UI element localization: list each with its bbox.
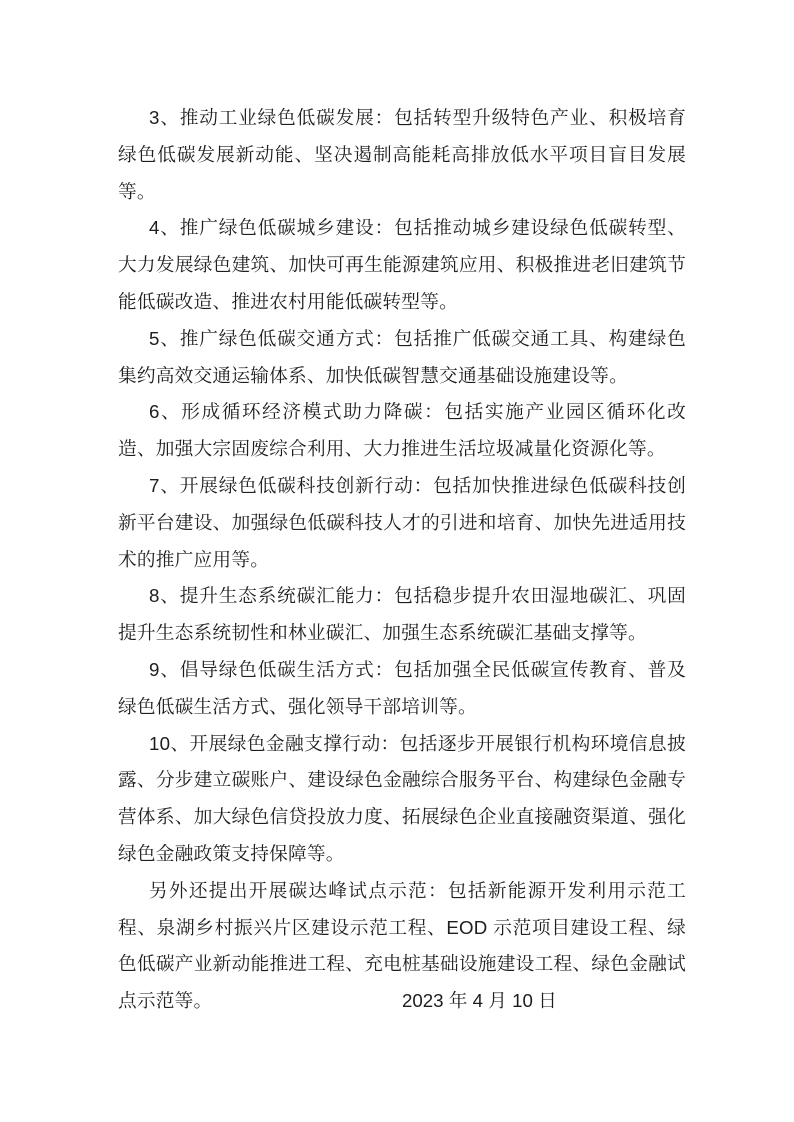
document-body: 3、推动工业绿色低碳发展：包括转型升级特色产业、积极培育绿色低碳发展新动能、坚决… (118, 100, 686, 1020)
paragraph-item-3: 3、推动工业绿色低碳发展：包括转型升级特色产业、积极培育绿色低碳发展新动能、坚决… (118, 100, 686, 210)
paragraph-item-4: 4、推广绿色低碳城乡建设：包括推动城乡建设绿色低碳转型、大力发展绿色建筑、加快可… (118, 210, 686, 320)
document-page: 3、推动工业绿色低碳发展：包括转型升级特色产业、积极培育绿色低碳发展新动能、坚决… (0, 0, 794, 1122)
paragraph-item-5: 5、推广绿色低碳交通方式：包括推广低碳交通工具、构建绿色集约高效交通运输体系、加… (118, 321, 686, 395)
paragraph-item-10: 10、开展绿色金融支撑行动：包括逐步开展银行机构环境信息披露、分步建立碳账户、建… (118, 726, 686, 873)
paragraph-item-6: 6、形成循环经济模式助力降碳：包括实施产业园区循环化改造、加强大宗固废综合利用、… (118, 394, 686, 468)
paragraph-item-9: 9、倡导绿色低碳生活方式：包括加强全民低碳宣传教育、普及绿色低碳生活方式、强化领… (118, 652, 686, 726)
paragraph-item-8: 8、提升生态系统碳汇能力：包括稳步提升农田湿地碳汇、巩固提升生态系统韧性和林业碳… (118, 578, 686, 652)
paragraph-item-7: 7、开展绿色低碳科技创新行动：包括加快推进绿色低碳科技创新平台建设、加强绿色低碳… (118, 468, 686, 578)
